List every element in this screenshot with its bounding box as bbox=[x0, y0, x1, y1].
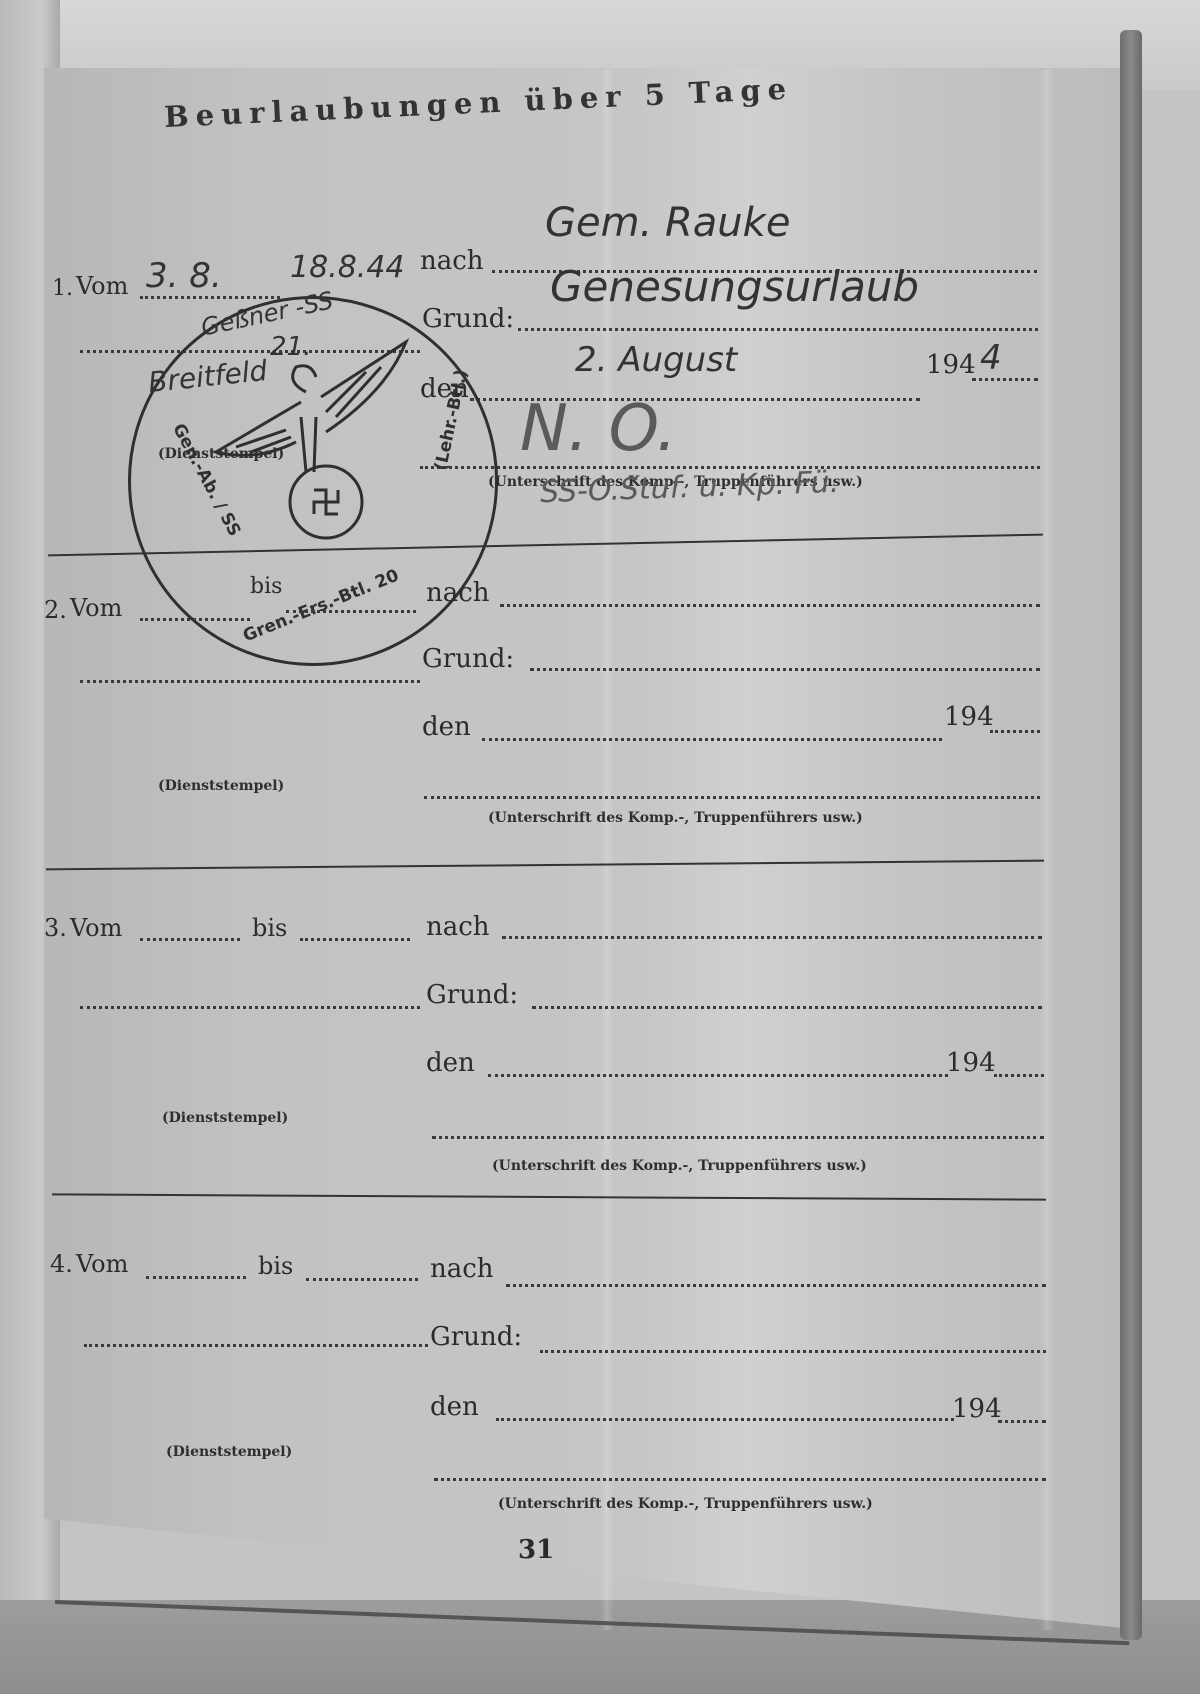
page-crease bbox=[1040, 70, 1054, 1630]
entry-number: 4. bbox=[50, 1250, 73, 1278]
vom-field[interactable] bbox=[140, 618, 250, 621]
vom-continuation-field[interactable] bbox=[80, 1006, 420, 1009]
grund-label: Grund: bbox=[430, 1322, 522, 1352]
nach-label: nach bbox=[430, 1254, 494, 1284]
den-label: den bbox=[422, 712, 471, 742]
nach-label: nach bbox=[426, 578, 490, 608]
bis-field[interactable] bbox=[300, 938, 410, 941]
signature-caption: (Unterschrift des Komp.-, Truppenführers… bbox=[498, 1496, 873, 1512]
nach-field[interactable] bbox=[500, 604, 1040, 607]
nach-field[interactable] bbox=[502, 936, 1042, 939]
year-prefix: 194 bbox=[946, 1048, 996, 1078]
page-number: 31 bbox=[518, 1535, 554, 1565]
year-field[interactable] bbox=[990, 730, 1040, 733]
year-field[interactable] bbox=[998, 1420, 1046, 1423]
bis-label: bis bbox=[252, 914, 287, 942]
vom-continuation-field[interactable] bbox=[80, 680, 420, 683]
den-label: den bbox=[430, 1392, 479, 1422]
nach-field[interactable] bbox=[506, 1284, 1046, 1287]
year-digit[interactable]: 4 bbox=[980, 338, 1002, 378]
vom-value[interactable]: 3. 8. bbox=[146, 256, 222, 296]
vom-label: Vom bbox=[70, 594, 122, 622]
signature-caption: (Unterschrift des Komp.-, Truppenführers… bbox=[492, 1158, 867, 1174]
grund-label: Grund: bbox=[426, 980, 518, 1010]
signature: N. O. bbox=[520, 392, 677, 466]
vom-field[interactable] bbox=[140, 938, 240, 941]
bis-label: bis bbox=[250, 574, 282, 599]
den-field[interactable] bbox=[482, 738, 942, 741]
stamp-caption: (Dienststempel) bbox=[166, 1444, 292, 1460]
signature-field[interactable] bbox=[434, 1478, 1046, 1481]
signature-field[interactable] bbox=[432, 1136, 1044, 1139]
stamp-caption: (Dienststempel) bbox=[162, 1110, 288, 1126]
nach-label: nach bbox=[426, 912, 490, 942]
den-label: den bbox=[426, 1048, 475, 1078]
stamp-caption: (Dienststempel) bbox=[158, 778, 284, 794]
grund-field[interactable] bbox=[540, 1350, 1046, 1353]
vom-label: Vom bbox=[76, 272, 128, 300]
bis-value[interactable]: 18.8.44 bbox=[290, 250, 405, 285]
nach-value[interactable]: Gem. Rauke bbox=[545, 200, 790, 246]
grund-value[interactable]: Genesungsurlaub bbox=[550, 262, 919, 311]
year-prefix: 194 bbox=[926, 350, 976, 380]
nach-label: nach bbox=[420, 246, 484, 276]
vom-label: Vom bbox=[70, 914, 122, 942]
signature-field[interactable] bbox=[424, 796, 1040, 799]
year-field[interactable] bbox=[994, 1074, 1044, 1077]
entry-number: 3. bbox=[44, 914, 67, 942]
entry-number: 1. bbox=[52, 276, 73, 301]
grund-field[interactable] bbox=[532, 1006, 1042, 1009]
bis-field[interactable] bbox=[286, 610, 416, 613]
den-field[interactable] bbox=[488, 1074, 948, 1077]
den-value[interactable]: 2. August bbox=[575, 340, 737, 380]
signature-caption: (Unterschrift des Komp.-, Truppenführers… bbox=[488, 810, 863, 826]
page-spine-edge bbox=[1120, 30, 1142, 1640]
year-prefix: 194 bbox=[944, 702, 994, 732]
vom-continuation-field[interactable] bbox=[84, 1344, 428, 1347]
den-field[interactable] bbox=[496, 1418, 954, 1421]
grund-label: Grund: bbox=[422, 644, 514, 674]
vom-label: Vom bbox=[76, 1250, 128, 1278]
bis-label: bis bbox=[258, 1252, 293, 1280]
grund-field[interactable] bbox=[530, 668, 1040, 671]
entry-number: 2. bbox=[44, 596, 67, 624]
stamp-handwriting-mid: 21. bbox=[270, 332, 311, 362]
year-prefix: 194 bbox=[952, 1394, 1002, 1424]
bis-field[interactable] bbox=[306, 1278, 418, 1281]
vom-field[interactable] bbox=[146, 1276, 246, 1279]
